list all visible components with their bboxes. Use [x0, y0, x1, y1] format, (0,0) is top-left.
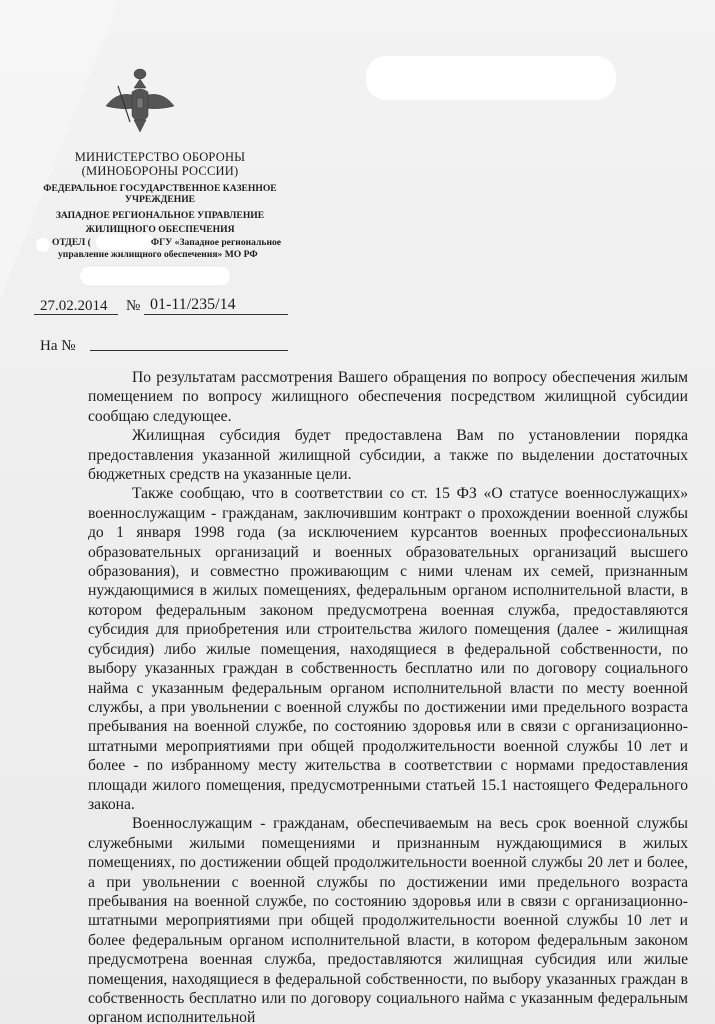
institution-line-2: УЧРЕЖДЕНИЕ [30, 194, 290, 205]
letter-date: 27.02.2014 [40, 298, 108, 315]
ministry-name: МИНИСТЕРСТВО ОБОРОНЫ [30, 150, 290, 164]
number-label: № [126, 298, 140, 315]
paragraph-1: По результатам рассмотрения Вашего обращ… [88, 368, 688, 426]
department-prefix: ОТДЕЛ ( [52, 237, 91, 248]
recipient-redaction [366, 56, 616, 100]
department-block: ОТДЕЛ (ФГУ «Западное региональное управл… [38, 237, 298, 262]
date-underline [34, 314, 118, 315]
letter-number: 01-11/235/14 [150, 296, 236, 314]
letter-body: По результатам рассмотрения Вашего обращ… [88, 368, 688, 1024]
department-suffix: ФГУ «Западное региональное [151, 237, 281, 248]
ministry-short-name: (МИНОБОРОНЫ РОССИИ) [30, 164, 290, 178]
reply-to-label: На № [40, 338, 76, 355]
paragraph-4: Военнослужащим - гражданам, обеспечиваем… [88, 814, 688, 1024]
paragraph-3: Также сообщаю, что в соответствии со ст.… [88, 484, 688, 814]
department-line-2: управление жилищного обеспечения» МО РФ [38, 249, 298, 261]
institution-line-1: ФЕДЕРАЛЬНОЕ ГОСУДАРСТВЕННОЕ КАЗЕННОЕ [30, 183, 290, 194]
reply-to-underline [90, 350, 288, 351]
number-underline [144, 314, 288, 315]
letterhead: МИНИСТЕРСТВО ОБОРОНЫ (МИНОБОРОНЫ РОССИИ)… [30, 150, 290, 235]
directorate-line-1: ЗАПАДНОЕ РЕГИОНАЛЬНОЕ УПРАВЛЕНИЕ [30, 210, 290, 221]
scanned-letter-page: МИНИСТЕРСТВО ОБОРОНЫ (МИНОБОРОНЫ РОССИИ)… [0, 0, 715, 1024]
directorate-line-2: ЖИЛИЩНОГО ОБЕСПЕЧЕНИЯ [30, 224, 290, 235]
double-headed-eagle-emblem [104, 66, 176, 134]
address-redaction [80, 267, 230, 285]
paragraph-2: Жилищная субсидия будет предоставлена Ва… [88, 426, 688, 484]
